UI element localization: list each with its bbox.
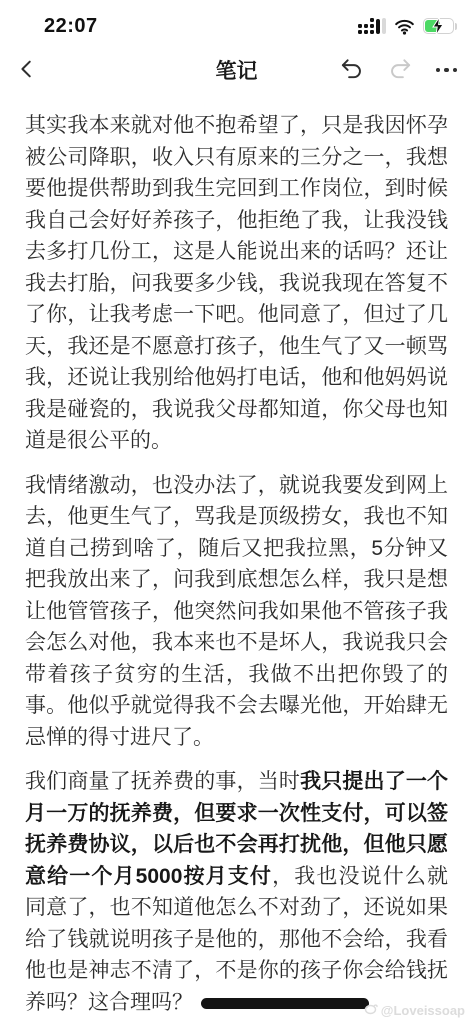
cellular-signal-icon (358, 18, 386, 34)
phone-screen: 22:07 (0, 0, 473, 1024)
nav-bar: 笔记 (0, 46, 473, 94)
undo-icon (338, 56, 365, 84)
note-text: 我们商量了抚养费的事，当时 (25, 770, 300, 793)
note-paragraph: 我们商量了抚养费的事，当时我只提出了一个月一万的抚养费，但要求一次性支付，可以签… (25, 766, 448, 1018)
watermark-logo-icon (364, 1003, 378, 1018)
page-title: 笔记 (216, 55, 258, 85)
nav-actions (338, 56, 458, 84)
note-paragraph: 其实我本来就对他不抱希望了，只是我因怀孕被公司降职，收入只有原来的三分之一，我想… (25, 110, 448, 457)
note-text: 我情绪激动，也没办法了，就说我要发到网上去，他更生气了，骂我是顶级捞女，我也不知… (25, 474, 448, 749)
more-options-button[interactable] (436, 68, 458, 73)
back-chevron-icon (16, 57, 38, 84)
redaction-bar (201, 998, 369, 1009)
undo-button[interactable] (338, 56, 365, 84)
watermark: @Loveissoap (364, 1003, 465, 1018)
redo-icon (387, 56, 414, 84)
ellipsis-icon (436, 68, 458, 73)
status-icons (358, 18, 458, 35)
clock: 22:07 (44, 15, 98, 38)
battery-charging-icon (423, 18, 458, 34)
note-body[interactable]: 其实我本来就对他不抱希望了，只是我因怀孕被公司降职，收入只有原来的三分之一，我想… (0, 94, 473, 1018)
charging-bolt-icon (431, 16, 445, 41)
status-bar: 22:07 (0, 0, 473, 46)
note-text: 其实我本来就对他不抱希望了，只是我因怀孕被公司降职，收入只有原来的三分之一，我想… (25, 114, 448, 452)
watermark-handle: @Loveissoap (381, 1003, 465, 1018)
wifi-icon (394, 18, 415, 35)
note-paragraph: 我情绪激动，也没办法了，就说我要发到网上去，他更生气了，骂我是顶级捞女，我也不知… (25, 470, 448, 754)
redo-button[interactable] (387, 56, 414, 84)
back-button[interactable] (16, 57, 38, 84)
